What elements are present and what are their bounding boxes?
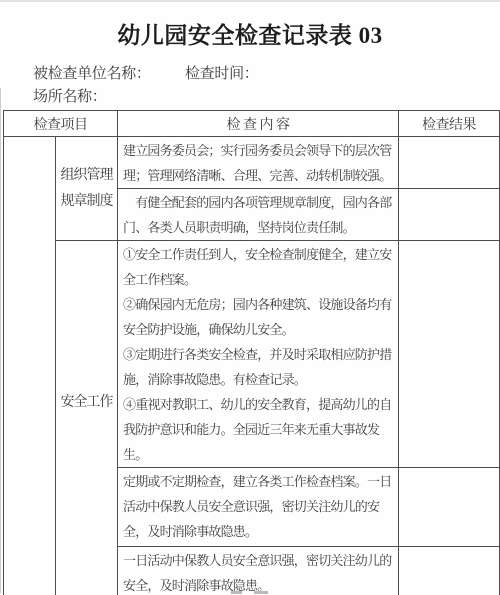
scan-artifact-top-edge	[0, 0, 500, 2]
scan-artifact-mark	[254, 591, 268, 594]
result-cell	[399, 468, 500, 547]
inspection-time-label: 检查时间：	[185, 62, 259, 83]
scan-artifact-left-edge	[0, 88, 1, 593]
result-cell	[399, 241, 500, 468]
header-inspection-result: 检查结果	[399, 111, 500, 137]
inspected-unit-label: 被检查单位名称：	[33, 62, 151, 83]
inspection-table: 检查项目 检 查 内 容 检查结果 组织管理 规章制度 建立园务委员会；实行园务…	[3, 110, 500, 595]
header-inspection-item: 检查项目	[4, 111, 118, 137]
header-inspection-content: 检 查 内 容	[118, 111, 399, 137]
scanned-document-page: 幼儿园安全检查记录表 03 被检查单位名称： 检查时间： 场所名称： 检查项目 …	[0, 0, 500, 595]
place-name-label: 场所名称：	[33, 85, 107, 106]
content-cell: ①安全工作责任到人，安全检查制度健全，建立安全工作档案。 ②确保园内无危房；园内…	[118, 241, 399, 468]
result-cell	[399, 137, 500, 189]
content-cell: 建立园务委员会；实行园务委员会领导下的层次管理；管理网络清晰、合理、完善、动转机…	[118, 137, 399, 189]
result-cell	[399, 189, 500, 241]
scan-artifact-mark	[231, 591, 242, 594]
content-cell: 定期或不定期检查，建立各类工作检查档案。一日活动中保教人员安全意识强，密切关注幼…	[118, 468, 399, 547]
header-row: 检查项目 检 查 内 容 检查结果	[4, 111, 500, 137]
table-row: 组织管理 规章制度 建立园务委员会；实行园务委员会领导下的层次管理；管理网络清晰…	[4, 137, 500, 189]
result-cell	[399, 547, 500, 595]
category-cell-org-management: 组织管理 规章制度	[56, 137, 118, 241]
table-row: 安全工作 ①安全工作责任到人，安全检查制度健全，建立安全工作档案。 ②确保园内无…	[4, 241, 500, 468]
category-cell-safety-work: 安全工作	[56, 241, 118, 595]
spacer-cell	[4, 137, 56, 595]
page-title: 幼儿园安全检查记录表 03	[0, 17, 500, 50]
content-cell: 有健全配套的园内各项管理规章制度，园内各部门、各类人员职责明确，坚持岗位责任制。	[118, 189, 399, 241]
content-cell: 一日活动中保教人员安全意识强，密切关注幼儿的安全，及时消除事故隐患。	[118, 547, 399, 595]
